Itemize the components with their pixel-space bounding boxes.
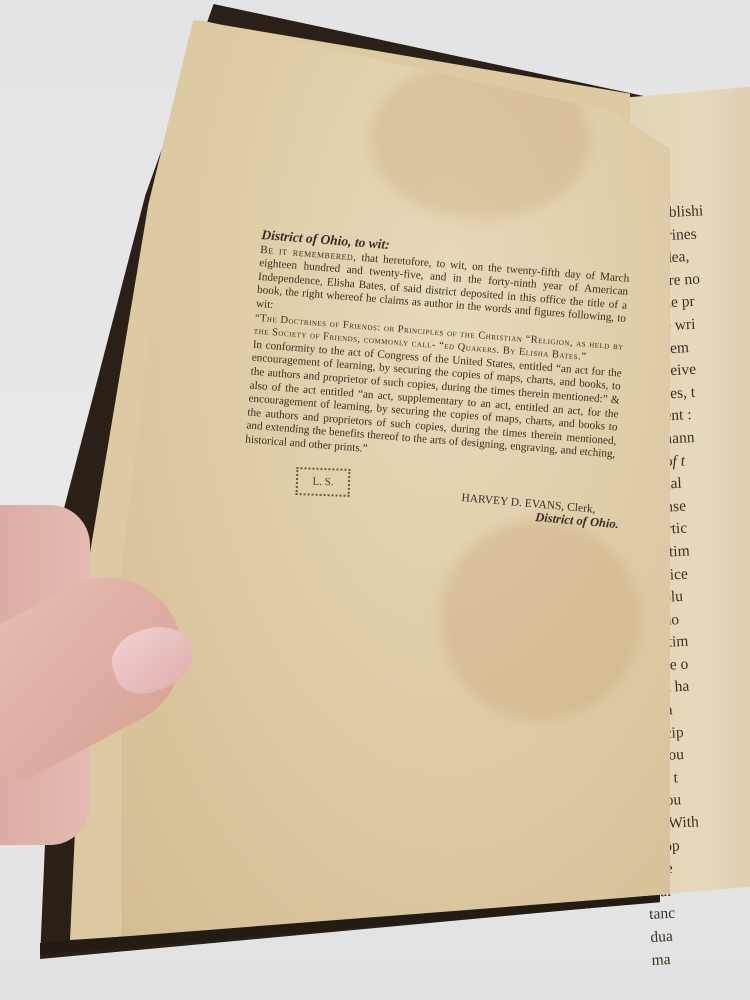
water-stain	[440, 520, 640, 720]
left-page	[110, 20, 670, 940]
seal-mark: L. S.	[296, 467, 351, 497]
photo-scene: In publishi the Doctrines vey an idea, e…	[0, 0, 750, 1000]
copyright-notice: District of Ohio, to wit: Be it remember…	[245, 228, 631, 476]
